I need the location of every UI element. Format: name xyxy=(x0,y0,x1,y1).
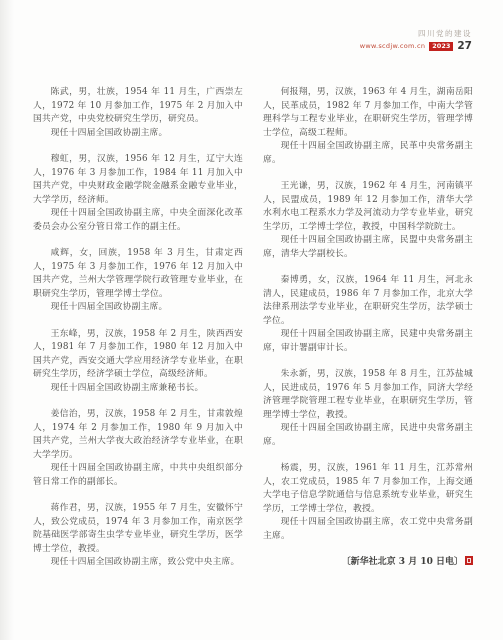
magazine-title: 四川党的建设 xyxy=(360,29,472,38)
bio-paragraph: 现任十四届全国政协副主席兼秘书长。 xyxy=(33,382,243,396)
bio: 蒋作君，男，汉族，1955 年 7 月生，安徽怀宁人，致公党成员，1974 年 … xyxy=(33,502,243,570)
year-badge: 2023 xyxy=(429,42,453,51)
bio: 王东峰，男，汉族，1958 年 2 月生，陕西西安人，1981 年 7 月参加工… xyxy=(33,328,243,396)
bio-paragraph: 现任十四届全国政协副主席。 xyxy=(33,127,243,141)
bio-paragraph: 现任十四届全国政协副主席，中央全面深化改革委员会办公室分管日常工作的副主任。 xyxy=(33,207,243,234)
bio: 穆虹，男，汉族，1956 年 12 月生，辽宁大连人，1976 年 3 月参加工… xyxy=(33,153,243,234)
bio-paragraph: 现任十四届全国政协副主席。 xyxy=(33,301,243,315)
bio: 王光谦，男，汉族，1962 年 4 月生，河南镇平人，民盟成员，1989 年 1… xyxy=(263,180,473,261)
article-end-mark-icon xyxy=(465,556,473,565)
magazine-website: www.scdjw.com.cn xyxy=(360,42,426,50)
bio: 咸辉，女，回族，1958 年 3 月生，甘肃定西人，1975 年 3 月参加工作… xyxy=(33,247,243,315)
bio: 陈武，男，壮族，1954 年 11 月生，广西崇左人，1972 年 10 月参加… xyxy=(33,86,243,140)
dateline-text: 〔新华社北京 3 月 10 日电〕 xyxy=(342,557,463,567)
page-edge-shading xyxy=(0,0,14,640)
bio: 朱永新，男，汉族，1958 年 8 月生，江苏盐城人，民进成员，1976 年 5… xyxy=(263,368,473,449)
bio-paragraph: 现任十四届全国政协副主席，民建中央常务副主席，审计署副审计长。 xyxy=(263,328,473,355)
bio: 姜信治，男，汉族，1958 年 2 月生，甘肃敦煌人，1974 年 2 月参加工… xyxy=(33,408,243,489)
bio-paragraph: 穆虹，男，汉族，1956 年 12 月生，辽宁大连人，1976 年 3 月参加工… xyxy=(33,153,243,207)
bio-paragraph: 现任十四届全国政协副主席，民进中央常务副主席。 xyxy=(263,422,473,449)
bio: 秦博勇，女，汉族，1964 年 11 月生，河北永清人，民建成员，1986 年 … xyxy=(263,274,473,355)
bio: 杨震，男，汉族，1961 年 11 月生，江苏常州人，农工党成员，1985 年 … xyxy=(263,462,473,543)
bio-paragraph: 杨震，男，汉族，1961 年 11 月生，江苏常州人，农工党成员，1985 年 … xyxy=(263,462,473,516)
bio-paragraph: 何报翔，男，汉族，1963 年 4 月生，湖南岳阳人，民革成员，1982 年 7… xyxy=(263,86,473,140)
bio-paragraph: 秦博勇，女，汉族，1964 年 11 月生，河北永清人，民建成员，1986 年 … xyxy=(263,274,473,328)
bio-paragraph: 现任十四届全国政协副主席，民盟中央常务副主席，清华大学副校长。 xyxy=(263,234,473,261)
bio-paragraph: 现任十四届全国政协副主席，致公党中央主席。 xyxy=(33,556,243,570)
column-left: 陈武，男，壮族，1954 年 11 月生，广西崇左人，1972 年 10 月参加… xyxy=(33,86,243,583)
bio-paragraph: 朱永新，男，汉族，1958 年 8 月生，江苏盐城人，民进成员，1976 年 5… xyxy=(263,368,473,422)
masthead: 四川党的建设 www.scdjw.com.cn 2023 27 xyxy=(360,29,472,52)
bio-paragraph: 姜信治，男，汉族，1958 年 2 月生，甘肃敦煌人，1974 年 2 月参加工… xyxy=(33,408,243,462)
bio-paragraph: 现任十四届全国政协副主席，民革中央常务副主席。 xyxy=(263,140,473,167)
bio-paragraph: 现任十四届全国政协副主席，中共中央组织部分管日常工作的副部长。 xyxy=(33,462,243,489)
page-number: 27 xyxy=(457,40,472,52)
bio-paragraph: 王光谦，男，汉族，1962 年 4 月生，河南镇平人，民盟成员，1989 年 1… xyxy=(263,180,473,234)
xinhua-dateline: 〔新华社北京 3 月 10 日电〕 xyxy=(263,556,473,570)
masthead-row: www.scdjw.com.cn 2023 27 xyxy=(360,40,472,52)
column-right: 何报翔，男，汉族，1963 年 4 月生，湖南岳阳人，民革成员，1982 年 7… xyxy=(263,86,473,583)
bio-paragraph: 现任十四届全国政协副主席，农工党中央常务副主席。 xyxy=(263,516,473,543)
bio-paragraph: 王东峰，男，汉族，1958 年 2 月生，陕西西安人，1981 年 7 月参加工… xyxy=(33,328,243,382)
article-body: 陈武，男，壮族，1954 年 11 月生，广西崇左人，1972 年 10 月参加… xyxy=(33,86,473,583)
bio-paragraph: 陈武，男，壮族，1954 年 11 月生，广西崇左人，1972 年 10 月参加… xyxy=(33,86,243,127)
bio: 何报翔，男，汉族，1963 年 4 月生，湖南岳阳人，民革成员，1982 年 7… xyxy=(263,86,473,167)
bio-paragraph: 蒋作君，男，汉族，1955 年 7 月生，安徽怀宁人，致公党成员，1974 年 … xyxy=(33,502,243,556)
bio-paragraph: 咸辉，女，回族，1958 年 3 月生，甘肃定西人，1975 年 3 月参加工作… xyxy=(33,247,243,301)
